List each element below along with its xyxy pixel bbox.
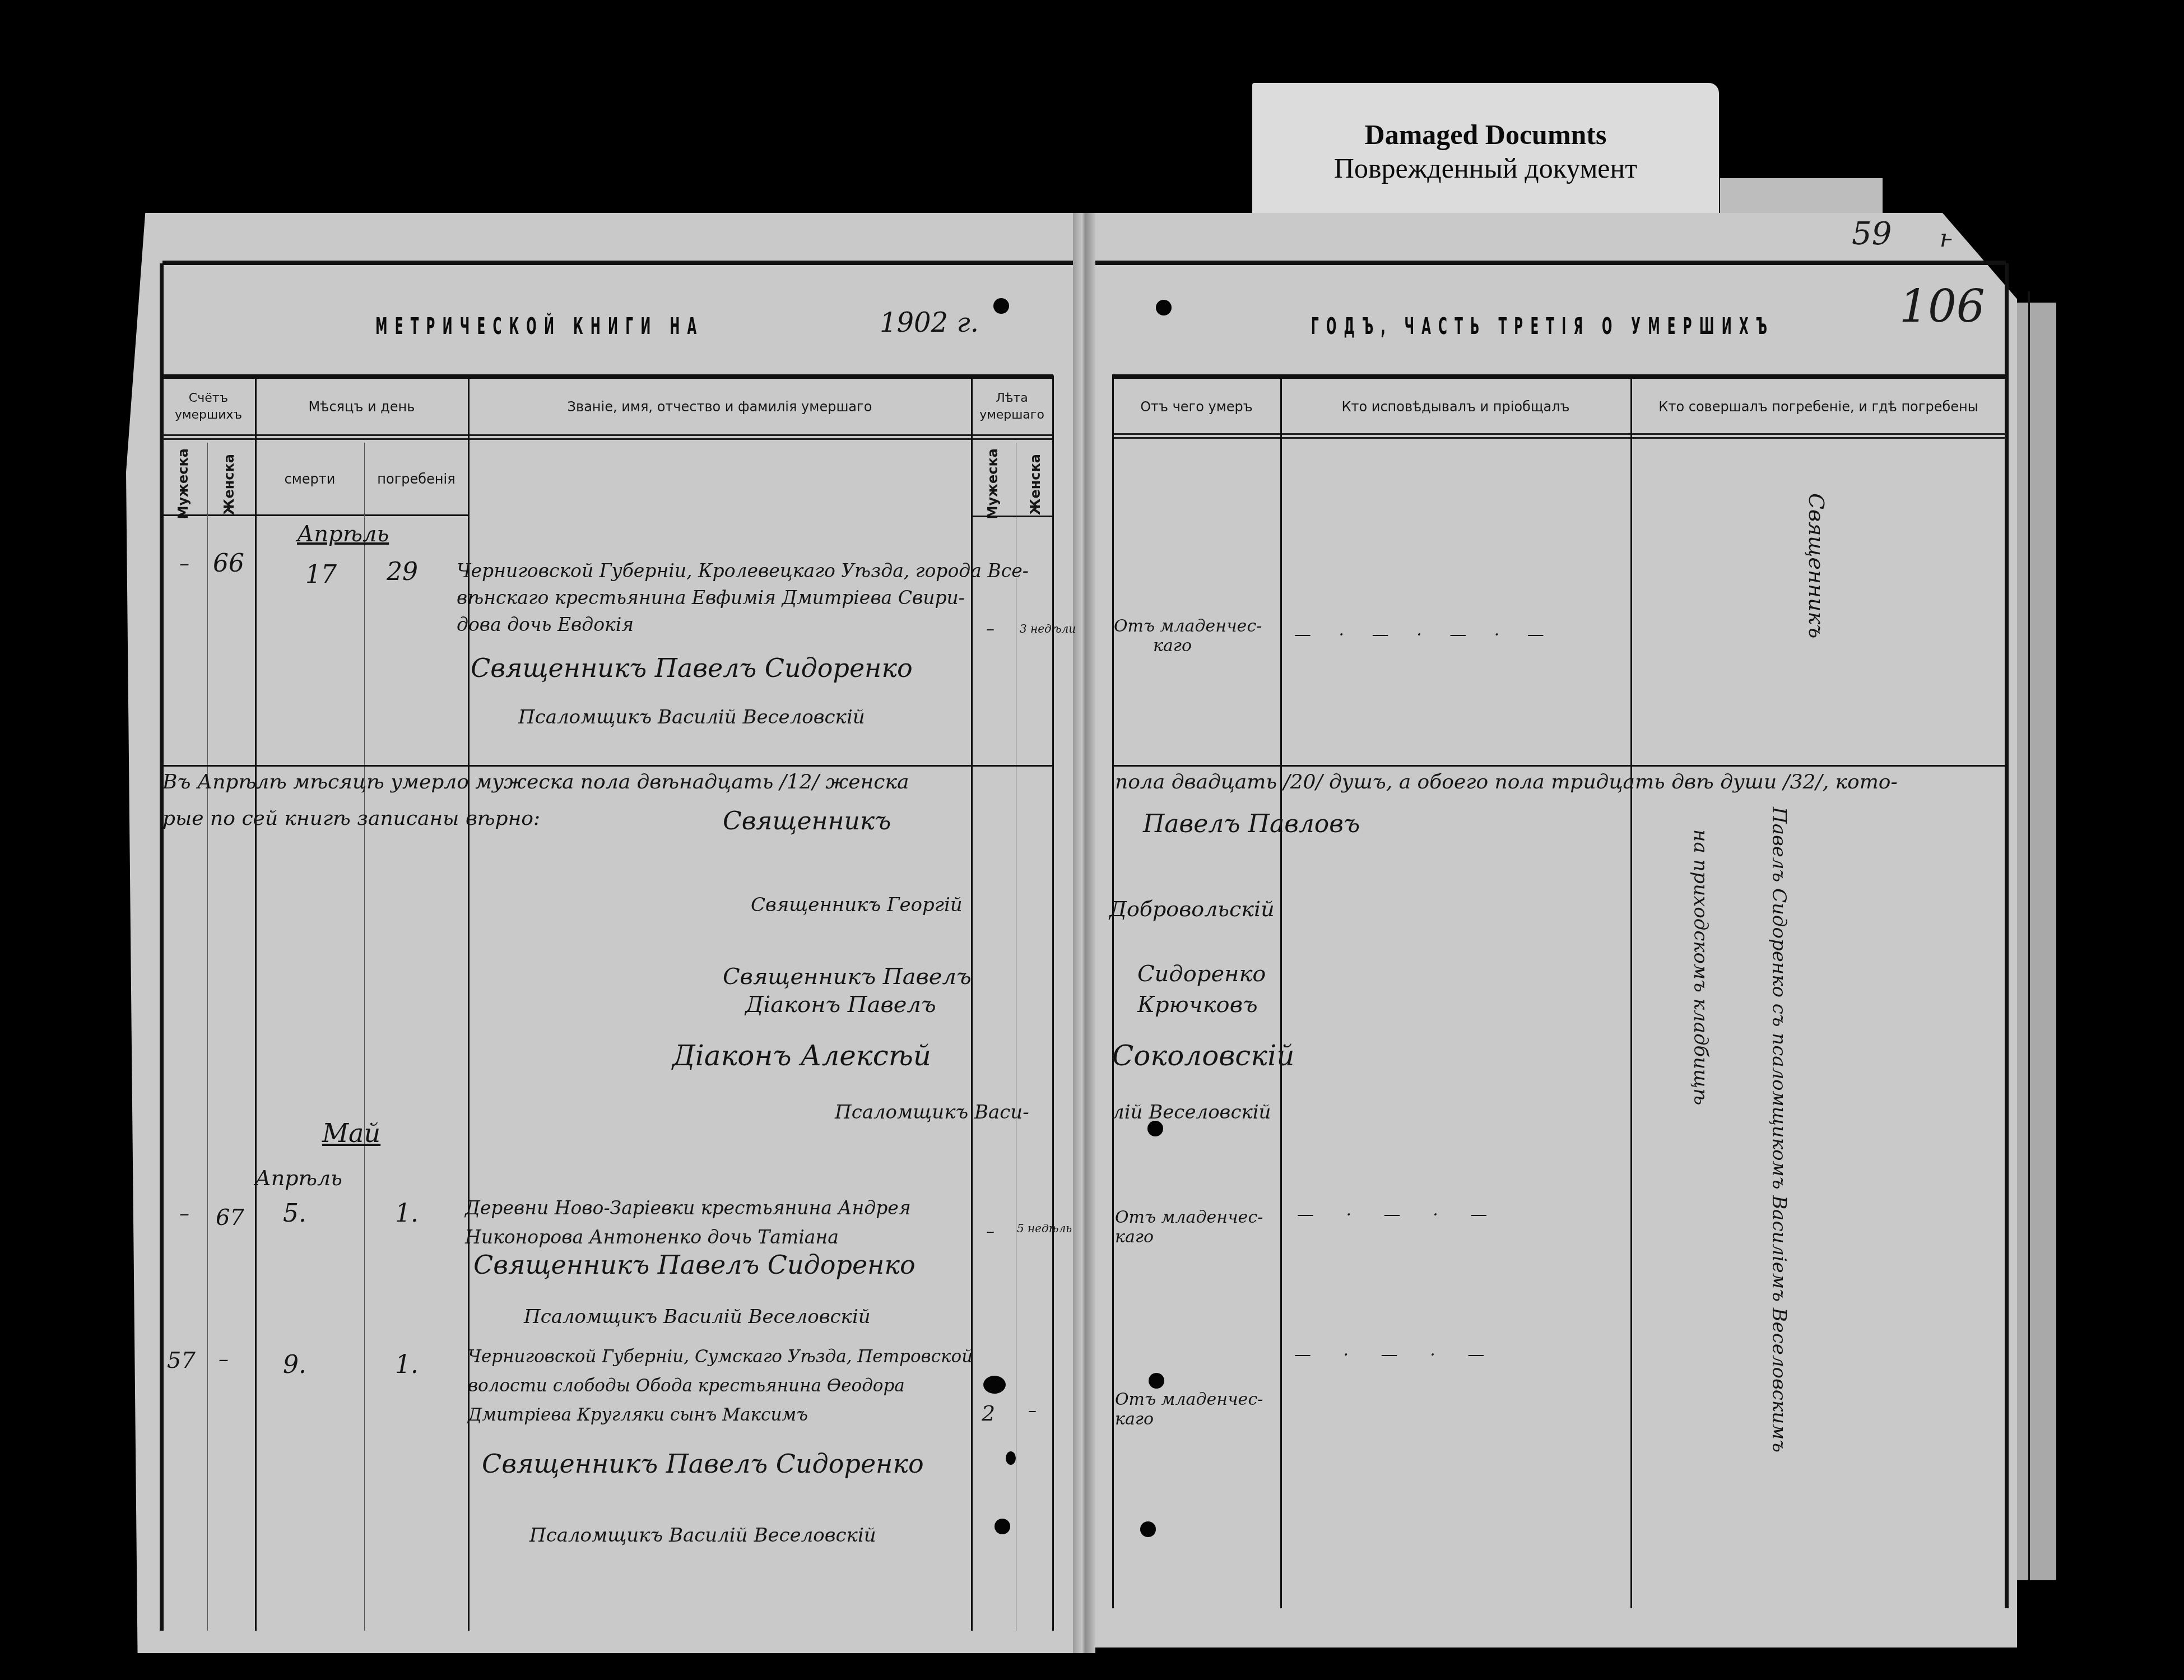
col-line bbox=[1112, 375, 1114, 1608]
entry-1-text: Черниговской Губерніи, Кролевецкаго Уѣзд… bbox=[457, 558, 972, 638]
back-sheet-edge bbox=[2017, 303, 2056, 1580]
header-divider-right bbox=[1112, 433, 2006, 439]
binding-hole-left bbox=[993, 298, 1009, 314]
entry-1-burial-day: 29 bbox=[387, 558, 418, 586]
entry-3-reader-signature: Псаломщикъ Василій Веселовскій bbox=[529, 1524, 876, 1547]
entry-1-line-2: вѣнскаго крестьянина Евфимія Дмитріева С… bbox=[457, 584, 972, 611]
summary-sig-right-2: Добровольскій bbox=[1109, 897, 1275, 921]
entry-3-line-1: Черниговской Губерніи, Сумскаго Уѣзда, П… bbox=[468, 1342, 983, 1371]
entry-1-line-3: дова дочь Евдокія bbox=[457, 611, 972, 638]
ink-blot bbox=[995, 1519, 1010, 1534]
page-stamp-mark: ⱶ bbox=[1940, 224, 1953, 253]
top-rule-left bbox=[162, 261, 1073, 265]
entry-2-line-2: Никонорова Антоненко дочь Татіана bbox=[465, 1223, 981, 1252]
summary-sig-left-4: Діаконъ Павелъ bbox=[745, 992, 936, 1018]
col-line bbox=[1016, 443, 1016, 1631]
entry-1-age-female: 3 недѣли bbox=[1020, 622, 1076, 635]
binding-hole-right bbox=[1156, 300, 1172, 315]
entry-3-female-no: – bbox=[219, 1348, 229, 1371]
entry-1-priest-signature: Священникъ Павелъ Сидоренко bbox=[471, 653, 913, 683]
entry-2-line-1: Деревни Ново-Заріевки крестьянина Андрея bbox=[465, 1194, 981, 1223]
entry-2-reader-signature: Псаломщикъ Василій Веселовскій bbox=[524, 1306, 871, 1328]
entry-2-burial-day: 1. bbox=[395, 1199, 419, 1228]
folio-number: 106 bbox=[1899, 280, 1985, 332]
top-rule-right bbox=[1095, 261, 2006, 265]
entry-1-cause-line-1: Отъ младенчес- bbox=[1114, 616, 1262, 636]
entry-3-death-day: 9. bbox=[283, 1351, 306, 1379]
right-page-border-outer bbox=[2028, 291, 2030, 1580]
right-page-title: ГОДЪ, ЧАСТЬ ТРЕТІЯ О УМЕРШИХЪ bbox=[1311, 314, 1774, 340]
entry-3-confessor: — · — · — bbox=[1294, 1345, 1498, 1365]
header-burial-by: Кто совершалъ погребеніе, и гдѣ погребен… bbox=[1632, 380, 2005, 433]
header-top-left bbox=[162, 374, 1053, 379]
entry-1-cause: Отъ младенчес- каго bbox=[1114, 616, 1262, 656]
entry-1-female-no: 66 bbox=[213, 549, 244, 578]
header-age-male: Мужеска bbox=[985, 448, 1001, 519]
summary-sig-right-5: Соколовскій bbox=[1112, 1039, 1294, 1072]
left-page-title: МЕТРИЧЕСКОЙ КНИГИ НА bbox=[375, 314, 704, 340]
right-page-border bbox=[2005, 263, 2009, 1608]
header-count-female: Женска bbox=[221, 454, 237, 515]
summary-sig-right-1: Павелъ Павловъ bbox=[1143, 810, 1360, 838]
back-sheet bbox=[1720, 178, 1883, 217]
label-title-en: Damaged Documnts bbox=[1252, 118, 1719, 151]
entry-3-age-female: – bbox=[1028, 1401, 1037, 1421]
left-title-year: 1902 г. bbox=[880, 307, 979, 338]
page-stamp-59: 59 bbox=[1852, 216, 1892, 252]
entry-2-male-no: – bbox=[179, 1202, 189, 1225]
summary-line-1-right: пола двадцать /20/ душъ, а обоего пола т… bbox=[1115, 771, 1898, 793]
damaged-document-label: Damaged Documnts Поврежденный документ bbox=[1252, 83, 1719, 213]
entry-3-age-male: 2 bbox=[982, 1401, 995, 1426]
left-title-text: МЕТРИЧЕСКОЙ КНИГИ НА bbox=[375, 314, 704, 340]
summary-sig-right-3: Сидоренко bbox=[1137, 961, 1266, 987]
summary-sig-left-5: Діаконъ Алексѣй bbox=[672, 1039, 931, 1072]
entry-3-cause-line-2: каго bbox=[1115, 1409, 1263, 1429]
entry-1-confessor: — · — · — · — bbox=[1294, 625, 1555, 644]
entry-2-age-male: – bbox=[986, 1222, 995, 1241]
entry-2-cause-line-1: Отъ младенчес- bbox=[1115, 1208, 1263, 1227]
entry-2-priest-signature: Священникъ Павелъ Сидоренко bbox=[473, 1250, 916, 1280]
header-divider-left bbox=[162, 434, 1053, 440]
header-count-male: Мужеска bbox=[175, 448, 191, 519]
col-line bbox=[1280, 375, 1282, 1608]
entry-2-cause-line-2: каго bbox=[1115, 1227, 1263, 1247]
entry-2-text: Деревни Ново-Заріевки крестьянина Андрея… bbox=[465, 1194, 981, 1252]
header-month-day: Мѣсяцъ и день bbox=[257, 380, 467, 433]
entry-1-line-1: Черниговской Губерніи, Кролевецкаго Уѣзд… bbox=[457, 558, 972, 584]
header-age-female: Женска bbox=[1028, 454, 1043, 515]
entry-1-death-day: 17 bbox=[305, 560, 337, 589]
entry-2-age-female: 5 недѣль bbox=[1017, 1222, 1072, 1235]
header-cause: Отъ чего умеръ bbox=[1114, 380, 1279, 433]
entry-1-month: Апрѣль bbox=[297, 521, 389, 547]
book-spine bbox=[1073, 213, 1095, 1653]
burial-by-vertical-2: на приходскомъ кладбищѣ bbox=[1689, 829, 1712, 1105]
summary-line-2-left: рые по сей книгѣ записаны вѣрно: bbox=[162, 807, 540, 830]
col-line bbox=[364, 443, 365, 1631]
entry-3-cause-line-1: Отъ младенчес- bbox=[1115, 1390, 1263, 1409]
ink-blot bbox=[983, 1376, 1006, 1394]
entry-1-age-male: – bbox=[986, 619, 995, 639]
entry-2-death-day: 5. bbox=[283, 1199, 306, 1228]
entry-2-cause: Отъ младенчес- каго bbox=[1115, 1208, 1263, 1247]
col-line bbox=[207, 443, 208, 1631]
entry-2-female-no: 67 bbox=[216, 1205, 244, 1231]
entry-2-confessor: — · — · — bbox=[1297, 1205, 1500, 1224]
entry-1-cause-line-2: каго bbox=[1114, 636, 1262, 656]
ink-blot bbox=[1149, 1373, 1164, 1389]
entry-1-male-no: – bbox=[179, 552, 189, 575]
col-line bbox=[1630, 375, 1632, 1608]
entry-3-cause: Отъ младенчес- каго bbox=[1115, 1390, 1263, 1429]
header-count: Счётъ умершихъ bbox=[164, 380, 253, 433]
entry-3-priest-signature: Священникъ Павелъ Сидоренко bbox=[482, 1449, 924, 1479]
header-death: смерти bbox=[257, 448, 363, 510]
summary-sig-right-6: лій Веселовскій bbox=[1112, 1101, 1271, 1124]
col-line bbox=[1052, 375, 1054, 1631]
entry-3-line-3: Дмитріева Кругляки сынъ Максимъ bbox=[468, 1400, 983, 1430]
subheader-divider-age bbox=[971, 516, 1053, 517]
entry-3-burial-day: 1. bbox=[395, 1351, 419, 1379]
header-confessor: Кто исповѣдывалъ и пріобщалъ bbox=[1282, 380, 1629, 433]
header-age: Лѣта умершаго bbox=[973, 380, 1051, 433]
entry-separator-right bbox=[1112, 765, 2006, 767]
summary-sig-left-2: Священникъ Георгій bbox=[751, 894, 963, 916]
summary-line-1-left: Въ Апрѣлѣ мѣсяцѣ умерло мужеска пола двѣ… bbox=[162, 771, 909, 793]
summary-sig-left-1: Священникъ bbox=[723, 807, 891, 836]
ink-blot bbox=[1140, 1521, 1156, 1537]
header-burial: погребенія bbox=[366, 448, 467, 510]
summary-sig-left-3: Священникъ Павелъ bbox=[723, 964, 972, 990]
entry-3-line-2: волости слободы Обода крестьянина Өеодор… bbox=[468, 1371, 983, 1400]
entry-2-month: Апрѣль bbox=[255, 1166, 342, 1190]
entry-3-male-no: 57 bbox=[167, 1348, 196, 1373]
header-name: Званіе, имя, отчество и фамилія умершаго bbox=[470, 380, 970, 433]
ink-blot bbox=[1006, 1451, 1016, 1465]
entry-2-month-burial: Май bbox=[322, 1118, 380, 1148]
summary-sig-left-6: Псаломщикъ Васи- bbox=[835, 1101, 1029, 1124]
entry-1-reader-signature: Псаломщикъ Василій Веселовскій bbox=[518, 706, 865, 728]
header-top-right bbox=[1112, 374, 2006, 379]
burial-by-vertical-1: Павелъ Сидоренко съ псаломщикомъ Василіе… bbox=[1768, 807, 1790, 1452]
entry-separator-left bbox=[162, 765, 1053, 767]
entry-3-text: Черниговской Губерніи, Сумскаго Уѣзда, П… bbox=[468, 1342, 983, 1430]
left-page-border bbox=[160, 263, 164, 1631]
subheader-divider-left bbox=[162, 514, 468, 516]
label-title-ru: Поврежденный документ bbox=[1252, 151, 1719, 185]
summary-sig-right-4: Крючковъ bbox=[1137, 992, 1258, 1018]
ink-blot bbox=[1147, 1121, 1163, 1136]
entry-1-burial-by: Священникъ bbox=[1804, 493, 1829, 638]
col-line bbox=[255, 375, 257, 1631]
